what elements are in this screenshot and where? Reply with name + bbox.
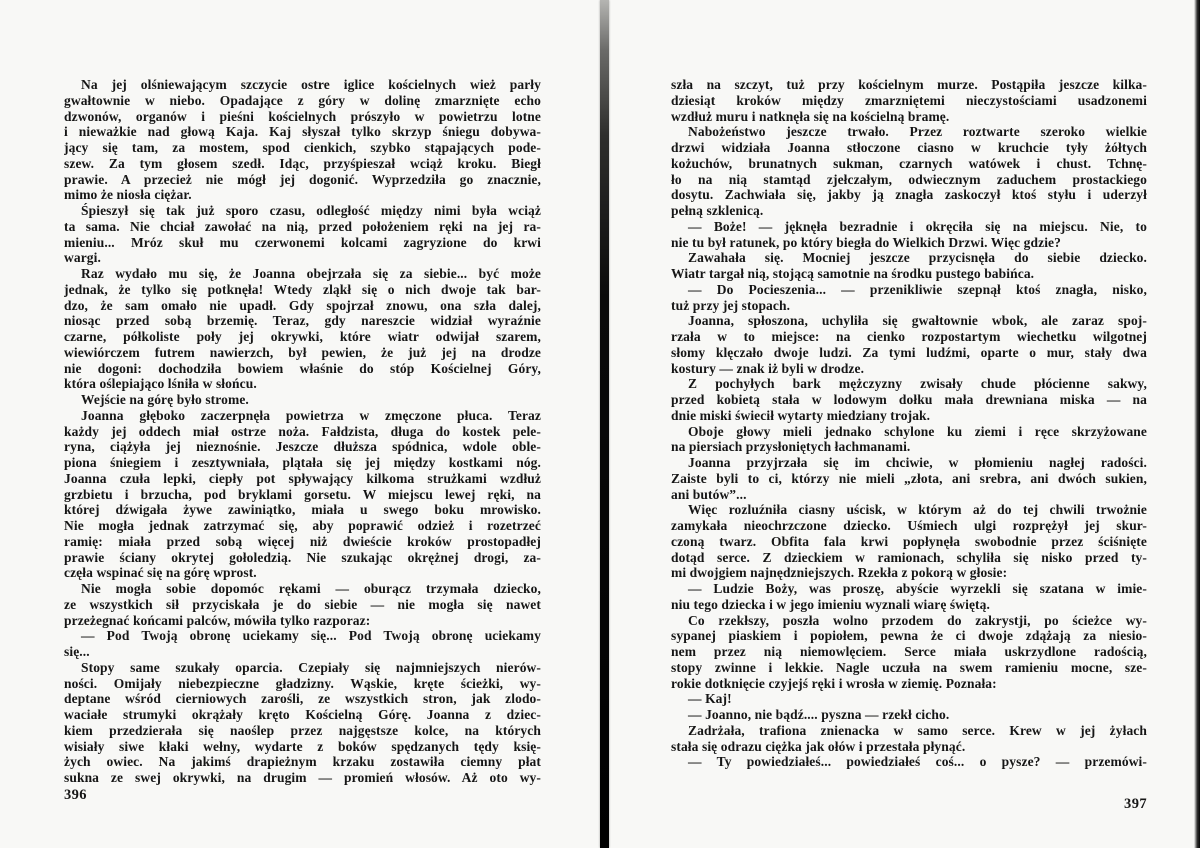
paragraph: Zawahała się. Mocniej jeszcze przycisnęł…: [671, 250, 1147, 282]
text-line: Co rzekłszy, poszła wolno przodem do zak…: [671, 613, 1147, 629]
text-line: stopy zwinne i lekkie. Nagle uczuła na s…: [671, 660, 1147, 676]
paragraph: Stopy same szukały oparcia. Czepiały się…: [64, 660, 541, 786]
text-line: Na jej olśniewającym szczycie ostre igli…: [64, 77, 541, 93]
text-line: na piersiach przysłoniętych łachmanami.: [671, 439, 1147, 455]
text-line: się...: [64, 644, 541, 660]
text-line: przeżegnać końcami palców, mówiła tylko …: [64, 613, 541, 629]
text-line: mieniu... Mróz skuł mu czerwonemi kolcam…: [64, 235, 541, 251]
text-line: Więc rozluźniła ciasny uścisk, w którym …: [671, 502, 1147, 518]
text-line: niu tego dziecka i w jego imieniu wyznal…: [671, 597, 1147, 613]
text-line: dosytu. Zachwiała się, jakby ją znagła z…: [671, 187, 1147, 203]
text-line: — Joanno, nie bądź.... pyszna — rzekł ci…: [671, 707, 1147, 723]
paragraph: — Boże! — jęknęła bezradnie i okręciła s…: [671, 219, 1147, 251]
text-line: pełną szklenicą.: [671, 203, 1147, 219]
paragraph: Joanna przyjrzała się im chciwie, w płom…: [671, 455, 1147, 502]
text-line: Joanna przyjrzała się im chciwie, w płom…: [671, 455, 1147, 471]
book-binding-gutter: [600, 0, 609, 848]
text-line: wiewiórczem futrem nawierzch, był pewien…: [64, 345, 541, 361]
text-line: Raz wydało mu się, że Joanna obejrzała s…: [64, 266, 541, 282]
text-line: ności. Omijały niebezpieczne gładzizny. …: [64, 676, 541, 692]
text-line: każdy jej oddech miał ostrze noża. Fałdz…: [64, 424, 541, 440]
paragraph: Więc rozluźniła ciasny uścisk, w którym …: [671, 502, 1147, 581]
text-line: Joanna czuła lepki, ciepły pot spływając…: [64, 471, 541, 487]
text-line: przed kobietą stała w lodowym dołku mała…: [671, 392, 1147, 408]
text-line: drzwi widziała Joanna stłoczone ciasno w…: [671, 140, 1147, 156]
text-line: i nieważkie nad głową Kaja. Kaj słyszał …: [64, 124, 541, 140]
paragraph: — Kaj!: [671, 691, 1147, 707]
text-line: nie tu był ratunek, po który biegła do W…: [671, 235, 1147, 251]
text-line: ryna, ciążyła jej nieznośnie. Jeszcze dł…: [64, 439, 541, 455]
text-line: ło na nią stamtąd zjełczałym, odwiecznym…: [671, 172, 1147, 188]
text-line: Nie mogła sobie dopomóc rękami — oburącz…: [64, 581, 541, 597]
text-line: wargi.: [64, 250, 541, 266]
text-line: zamykała nieochrzczone dziecko. Uśmiech …: [671, 518, 1147, 534]
text-line: Joanna, spłoszona, uchyliła się gwałtown…: [671, 313, 1147, 329]
text-line: Wejście na górę było strome.: [64, 392, 541, 408]
text-line: prawie. A przecież nie mógł jej dogonić.…: [64, 172, 541, 188]
text-line: rokie dotknięcie czyjejś ręki i wrosła w…: [671, 676, 1147, 692]
text-line: słomy klęczało dwoje ludzi. Za tymi ludź…: [671, 345, 1147, 361]
book-scan: Na jej olśniewającym szczycie ostre igli…: [0, 0, 1200, 848]
text-line: Z pochyłych bark mężczyzny zwisały chude…: [671, 376, 1147, 392]
text-line: ramię: miała przed sobą więcej niż dwieś…: [64, 534, 541, 550]
paragraph: — Ludzie Boży, was proszę, abyście wyrze…: [671, 581, 1147, 613]
paragraph: Nie mogła sobie dopomóc rękami — oburącz…: [64, 581, 541, 628]
text-line: ta sama. Nie chciał zawołać na nią, prze…: [64, 219, 541, 235]
paragraph: szła na szczyt, tuż przy kościelnym murz…: [671, 77, 1147, 124]
paragraph: — Ty powiedziałeś... powiedziałeś coś...…: [671, 754, 1147, 770]
text-line: która oślepiająco lśniła w słońcu.: [64, 376, 541, 392]
paragraph: Wejście na górę było strome.: [64, 392, 541, 408]
text-line: rzała w to miejsce: na cienko rozpostart…: [671, 329, 1147, 345]
paragraph: Oboje głowy mieli jednako schylone ku zi…: [671, 424, 1147, 456]
text-line: szła na szczyt, tuż przy kościelnym murz…: [671, 77, 1147, 93]
paragraph: Raz wydało mu się, że Joanna obejrzała s…: [64, 266, 541, 392]
text-line: Wiatr targał nią, stojącą samotnie na śr…: [671, 266, 1147, 282]
page-number-right: 397: [671, 796, 1147, 813]
text-line: Stopy same szukały oparcia. Czepiały się…: [64, 660, 541, 676]
text-line: nem przez nią niemowlęciem. Serce miała …: [671, 644, 1147, 660]
text-line: wisiały siwe kłaki wełny, wydarte z bokó…: [64, 739, 541, 755]
paragraph: Z pochyłych bark mężczyzny zwisały chude…: [671, 376, 1147, 423]
paragraph: Na jej olśniewającym szczycie ostre igli…: [64, 77, 541, 203]
text-line: Śpieszył się tak już sporo czasu, odległ…: [64, 203, 541, 219]
text-line: niosąc przed sobą brzemię. Teraz, gdy na…: [64, 313, 541, 329]
text-line: nie dogoni: dochodziła bowiem właśnie do…: [64, 361, 541, 377]
text-line: gwałtownie w niebo. Opadające z góry w d…: [64, 93, 541, 109]
text-line: sukna ze swej okrywki, na drugim — promi…: [64, 770, 541, 786]
scan-right-edge: [1194, 0, 1200, 848]
text-line: Zadrżała, trafiona znienacka w samo serc…: [671, 723, 1147, 739]
text-line: jednak, że tylko się potknęła! Wtedy zlą…: [64, 282, 541, 298]
text-line: deptane wśród cierniowych zarośli, ze ws…: [64, 691, 541, 707]
text-line: prawie ściany okrytej gołoledzią. Nie sz…: [64, 550, 541, 566]
text-line: waciałe strumyki okrążały kręto Kościeln…: [64, 707, 541, 723]
text-line: kożuchów, brunatnych sukman, czarnych wa…: [671, 156, 1147, 172]
text-line: ze wszystkich sił przyciskała je do sieb…: [64, 597, 541, 613]
page-number-left: 396: [64, 787, 87, 804]
text-line: Joanna głęboko zaczerpnęła powietrza w z…: [64, 408, 541, 424]
text-line: jący się tam, za mostem, spod cienkich, …: [64, 140, 541, 156]
text-line: piona śniegiem i zesztywniała, plątała s…: [64, 455, 541, 471]
text-line: Nabożeństwo jeszcze trwało. Przez roztwa…: [671, 124, 1147, 140]
paragraph: Zadrżała, trafiona znienacka w samo serc…: [671, 723, 1147, 755]
text-line: dzwonów, organów i pieśni kościelnych pr…: [64, 109, 541, 125]
text-line: tuż przy jej stopach.: [671, 298, 1147, 314]
text-line: stała się odrazu ciężka jak ołów i przes…: [671, 739, 1147, 755]
text-line: Zawahała się. Mocniej jeszcze przycisnęł…: [671, 250, 1147, 266]
text-line: kiem przedzierała się naoślep przez najg…: [64, 723, 541, 739]
text-line: szew. Za tym głosem szedł. Idąc, przyśpi…: [64, 156, 541, 172]
text-line: mimo że niosła ciężar.: [64, 187, 541, 203]
text-line: grzbietu i brzucha, pod bryklami gorsetu…: [64, 487, 541, 503]
page-left-text: Na jej olśniewającym szczycie ostre igli…: [64, 77, 541, 786]
text-line: czoną twarz. Obfita fala krwi popłynęła …: [671, 534, 1147, 550]
text-line: której dźwigała żywe zawiniątko, miała u…: [64, 502, 541, 518]
paragraph: Śpieszył się tak już sporo czasu, odległ…: [64, 203, 541, 266]
text-line: — Ty powiedziałeś... powiedziałeś coś...…: [671, 754, 1147, 770]
paragraph: Co rzekłszy, poszła wolno przodem do zak…: [671, 613, 1147, 692]
paragraph: Nabożeństwo jeszcze trwało. Przez roztwa…: [671, 124, 1147, 219]
text-line: Oboje głowy mieli jednako schylone ku zi…: [671, 424, 1147, 440]
text-line: wzdłuż muru i natknęła się na kościelną …: [671, 109, 1147, 125]
text-line: dotąd serce. Z dzieckiem w ramionach, sc…: [671, 550, 1147, 566]
text-line: — Boże! — jęknęła bezradnie i okręciła s…: [671, 219, 1147, 235]
text-line: dziesiąt kroków między zmarzniętemi niec…: [671, 93, 1147, 109]
text-line: czarne, półkoliste poły jej okrywki, któ…: [64, 329, 541, 345]
paragraph: — Pod Twoją obronę uciekamy się... Pod T…: [64, 628, 541, 660]
text-line: sypanej piaskiem i popiołem, pewna że ci…: [671, 628, 1147, 644]
text-line: — Pod Twoją obronę uciekamy się... Pod T…: [64, 628, 541, 644]
text-line: ani butów”...: [671, 487, 1147, 503]
page-right-text: szła na szczyt, tuż przy kościelnym murz…: [671, 77, 1147, 770]
text-line: mi dwojgiem najnędzniejszych. Rzekła z p…: [671, 565, 1147, 581]
text-line: kostury — znak iż byli w drodze.: [671, 361, 1147, 377]
paragraph: — Joanno, nie bądź.... pyszna — rzekł ci…: [671, 707, 1147, 723]
text-line: — Do Pocieszenia... — przenikliwie szepn…: [671, 282, 1147, 298]
text-line: Zaiste byli to ci, którzy nie mieli „zło…: [671, 471, 1147, 487]
paragraph: Joanna, spłoszona, uchyliła się gwałtown…: [671, 313, 1147, 376]
text-line: — Kaj!: [671, 691, 1147, 707]
text-line: częła wspinać się na górę wprost.: [64, 565, 541, 581]
text-line: dnie miski świecił wytarty miedziany tro…: [671, 408, 1147, 424]
text-line: żych owiec. Na jakimś drapieżnym krzaku …: [64, 754, 541, 770]
text-line: — Ludzie Boży, was proszę, abyście wyrze…: [671, 581, 1147, 597]
paragraph: Joanna głęboko zaczerpnęła powietrza w z…: [64, 408, 541, 581]
text-line: Nie mogła jednak zatrzymać się, aby popr…: [64, 518, 541, 534]
text-line: dzo, że sam omało nie upadł. Gdy spojrza…: [64, 298, 541, 314]
paragraph: — Do Pocieszenia... — przenikliwie szepn…: [671, 282, 1147, 314]
